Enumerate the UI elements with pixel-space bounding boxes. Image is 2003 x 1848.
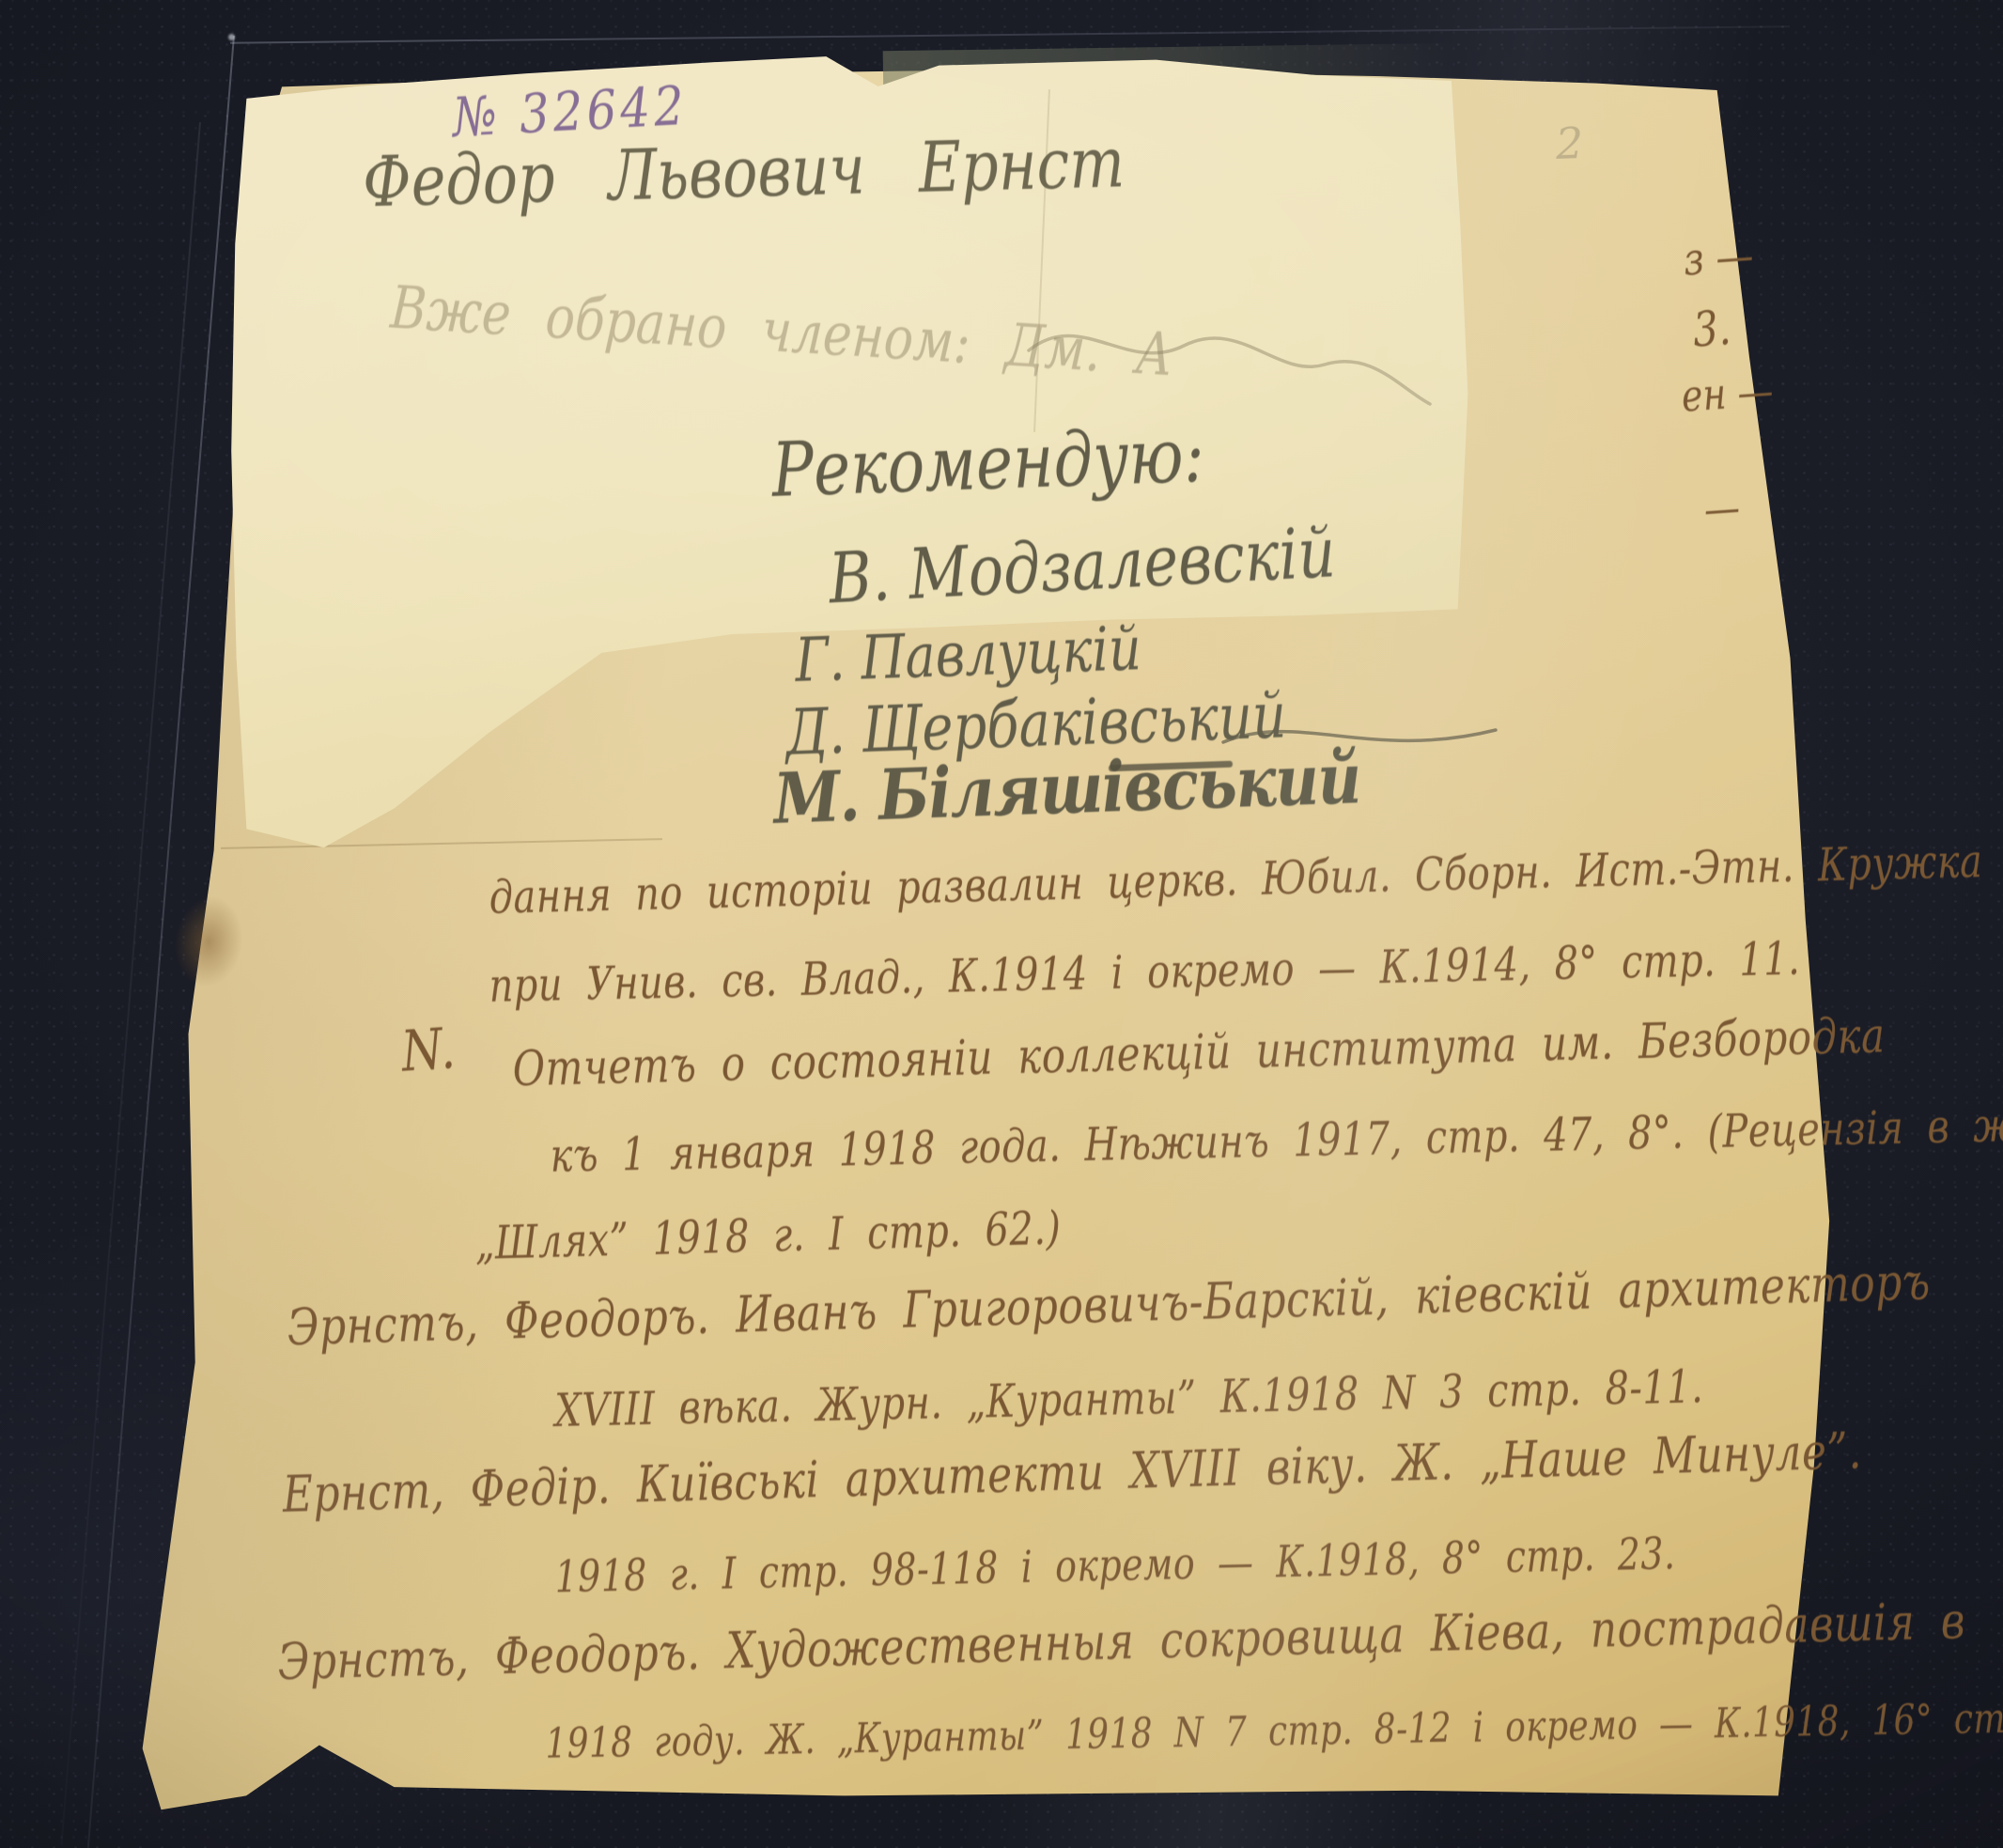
page-number: 2 xyxy=(1555,117,1584,169)
display-case-photo: N. дання по исторіи развалин церкв. Юбил… xyxy=(0,0,2003,1848)
edge-fragment-1: з — xyxy=(1682,230,1755,287)
edge-fragment-4: — xyxy=(1702,482,1742,534)
glass-top-edge xyxy=(230,25,1790,43)
edge-fragment-2: 3. xyxy=(1691,300,1732,357)
signature-2: Г. Павлуцкій xyxy=(794,613,1142,695)
edge-fragment-3: ен — xyxy=(1680,365,1775,421)
bib-margin-mark: N. xyxy=(399,1016,458,1084)
glass-corner-highlight xyxy=(228,34,235,40)
heading-recommend: Рекомендую: xyxy=(770,412,1205,514)
